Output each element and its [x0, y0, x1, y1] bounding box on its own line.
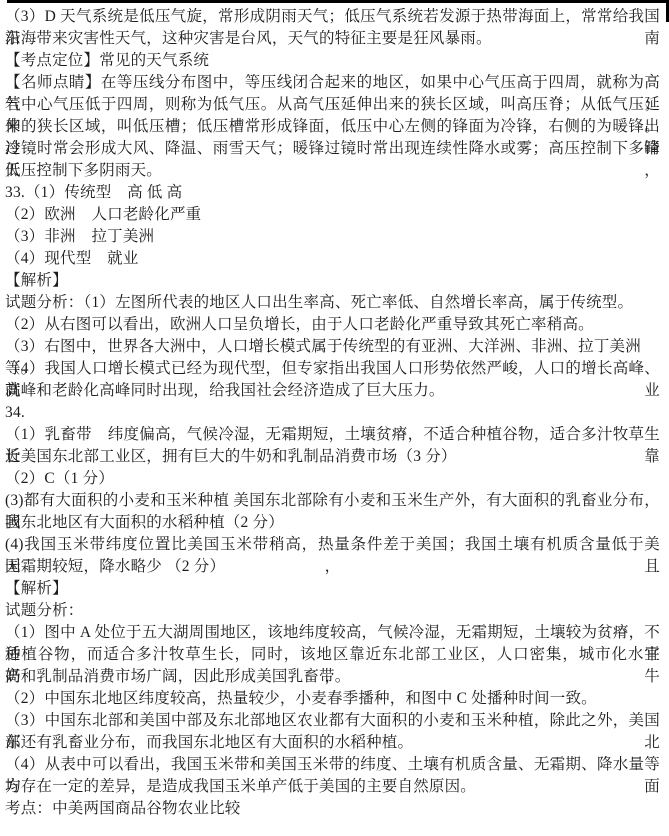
- q34-kaodian-line: 考点：中美两国商品谷物农业比较: [5, 798, 660, 820]
- q34-answer2-line: （2）C（1 分）: [5, 468, 660, 490]
- q32-mingshi-line: 来的狭长区域，叫低压槽；低压槽常形成锋面，低压中心左侧的锋面为冷锋，右侧的为暖锋…: [5, 116, 660, 138]
- q32-answer3-line: （3）D 天气系统是低压气旋，常形成阴雨天气；低压气系统若发源于热带海面上，常常…: [5, 6, 660, 28]
- q34-answer1-line: （1）乳畜带 纬度偏高，气候冷湿，无霜期短，土壤贫瘠，不适合种植谷物，适合多汁牧…: [5, 424, 660, 446]
- q34-number-line: 34.: [5, 402, 660, 424]
- q34-analysis-line: 种植谷物，而适合多汁牧草生长，同时，该地区靠近东北部工业区，人口密集，城市化水平…: [5, 644, 660, 666]
- q33-answer2-line: （2）欧洲 人口老龄化严重: [5, 204, 660, 226]
- q33-answer1-line: 33.（1）传统型 高 低 高: [5, 182, 660, 204]
- q34-analysis-header: 试题分析：: [5, 600, 660, 622]
- q33-analysis-line: 试题分析：（1）左图所代表的地区人口出生率高、死亡率低、自然增长率高，属于传统型…: [5, 292, 660, 314]
- q34-answer4-line: (4)我国玉米带纬度位置比美国玉米带稍高，热量条件差于美国；我国土壤有机质含量低…: [5, 534, 660, 556]
- q32-kaodian-line: 【考点定位】常见的天气系统: [5, 50, 660, 72]
- q34-analysis-line: （1）图中 A 处位于五大湖周围地区，该地纬度较高，气候冷湿，无霜期短，土壤较为…: [5, 622, 660, 644]
- q34-analysis-line: （2）中国东北地区纬度较高，热量较少，小麦春季播种，和图中 C 处播种时间一致。: [5, 688, 660, 710]
- q33-answer3-line: （3）非洲 拉丁美洲: [5, 226, 660, 248]
- q32-mingshi-line: 过镜时常会形成大风、降温、雨雪天气；暖锋过镜时常出现连续性降水或雾；高压控制下多…: [5, 138, 660, 160]
- q33-analysis-line: （2）从右图可以看出，欧洲人口呈负增长，由于人口老龄化严重导致其死亡率稍高。: [5, 314, 660, 336]
- top-horizontal-rule: [7, 0, 669, 3]
- q34-analysis-line: （3）中国东北部和美国中部及东北部地区农业都有大面积的小麦和玉米种植，除此之外，…: [5, 710, 660, 732]
- q33-answer4-line: （4）现代型 就业: [5, 248, 660, 270]
- q34-answer3-line: 国东北地区有大面积的水稻种植（2 分）: [5, 512, 660, 534]
- q32-mingshi-line: 若中心气压低于四周，则称为低气压。从高气压延伸出来的狭长区域，叫高压脊；从低气压…: [5, 94, 660, 116]
- q33-jiexi-header: 【解析】: [5, 270, 660, 292]
- q33-analysis-line: （3）右图中，世界各大洲中，人口增长模式属于传统型的有亚洲、大洋洲、非洲、拉丁美…: [5, 336, 660, 358]
- q33-analysis-line: （4）我国人口增长模式已经为现代型，但专家指出我国人口形势依然严峻，人口的增长高…: [5, 358, 660, 380]
- answer-key-text-block: （3）D 天气系统是低压气旋，常形成阴雨天气；低压气系统若发源于热带海面上，常常…: [5, 6, 660, 820]
- document-page: （3）D 天气系统是低压气旋，常形成阴雨天气；低压气系统若发源于热带海面上，常常…: [0, 0, 669, 836]
- q34-jiexi-header: 【解析】: [5, 578, 660, 600]
- q34-analysis-line: （4）从表中可以看出，我国玉米带和美国玉米带的纬度、土壤有机质含量、无霜期、降水…: [5, 754, 660, 776]
- q34-answer3-line: (3)都有大面积的小麦和玉米种植 美国东北部除有小麦和玉米生产外，有大面积的乳畜…: [5, 490, 660, 512]
- q32-mingshi-line: 【名师点睛】在等压线分布图中，等压线闭合起来的地区，如果中心气压高于四周，就称为…: [5, 72, 660, 94]
